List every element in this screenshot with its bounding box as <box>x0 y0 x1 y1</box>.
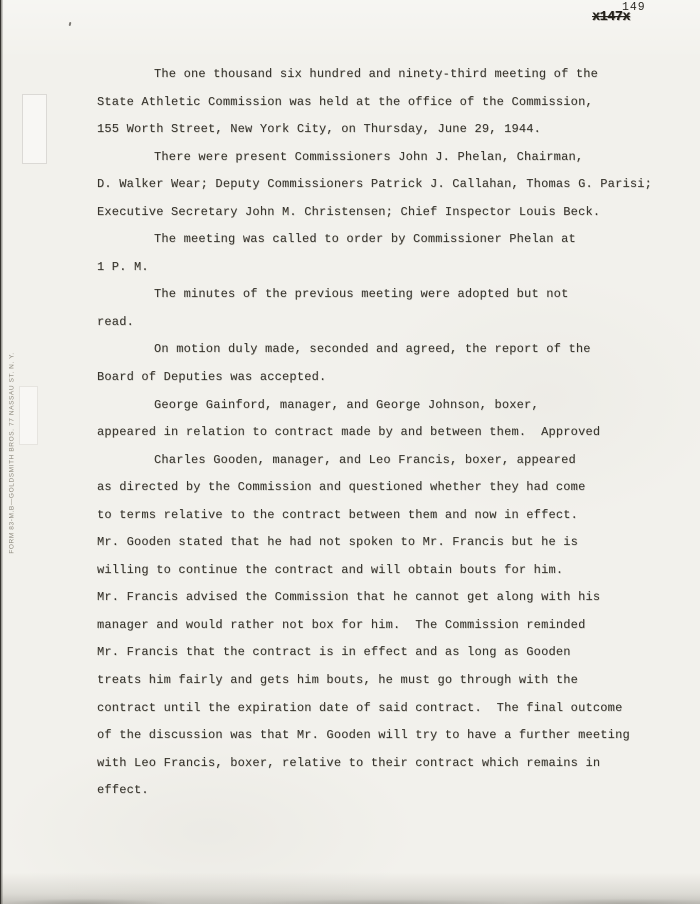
scanned-page: 149 x147x FORM 83-M.B—GOLDSMITH BROS. 77… <box>0 0 700 904</box>
typed-line: effect. <box>97 777 672 805</box>
scan-artifact-box-top <box>22 94 47 164</box>
typed-line: manager and would rather not box for him… <box>97 612 672 640</box>
typed-line: of the discussion was that Mr. Gooden wi… <box>97 722 672 750</box>
paragraph: The meeting was called to order by Commi… <box>97 226 672 281</box>
typed-line: treats him fairly and gets him bouts, he… <box>97 667 672 695</box>
typed-line: On motion duly made, seconded and agreed… <box>97 336 672 364</box>
paragraph: The one thousand six hundred and ninety-… <box>97 61 672 144</box>
scan-artifact-box-middle <box>19 386 38 445</box>
typed-line: Board of Deputies was accepted. <box>97 364 672 392</box>
typed-line: The one thousand six hundred and ninety-… <box>97 61 672 89</box>
printer-margin-note-text: FORM 83-M.B—GOLDSMITH BROS. 77 NASSAU ST… <box>9 352 16 553</box>
typed-line: Charles Gooden, manager, and Leo Francis… <box>97 447 672 475</box>
typed-line: Mr. Francis that the contract is in effe… <box>97 639 672 667</box>
typed-line: appeared in relation to contract made by… <box>97 419 672 447</box>
paragraph: Charles Gooden, manager, and Leo Francis… <box>97 447 672 805</box>
document-body: The one thousand six hundred and ninety-… <box>97 61 672 805</box>
typed-line: There were present Commissioners John J.… <box>97 144 672 172</box>
page-number-struck-out: x147x <box>592 10 630 25</box>
typed-line: George Gainford, manager, and George Joh… <box>97 392 672 420</box>
typed-line: 1 P. M. <box>97 254 672 282</box>
scan-bottom-edge <box>0 897 700 904</box>
typed-line: Mr. Francis advised the Commission that … <box>97 584 672 612</box>
typed-line: Mr. Gooden stated that he had not spoken… <box>97 529 672 557</box>
paragraph: George Gainford, manager, and George Joh… <box>97 392 672 447</box>
paragraph: The minutes of the previous meeting were… <box>97 281 672 336</box>
typed-line: State Athletic Commission was held at th… <box>97 89 672 117</box>
paragraph: There were present Commissioners John J.… <box>97 144 672 227</box>
typed-line: 155 Worth Street, New York City, on Thur… <box>97 116 672 144</box>
typed-line: The meeting was called to order by Commi… <box>97 226 672 254</box>
typed-line: Executive Secretary John M. Christensen;… <box>97 199 672 227</box>
typed-line: The minutes of the previous meeting were… <box>97 281 672 309</box>
typed-line: as directed by the Commission and questi… <box>97 474 672 502</box>
scan-ink-speck <box>69 22 72 26</box>
typed-line: willing to continue the contract and wil… <box>97 557 672 585</box>
typed-line: contract until the expiration date of sa… <box>97 695 672 723</box>
typed-line: to terms relative to the contract betwee… <box>97 502 672 530</box>
typed-line: read. <box>97 309 672 337</box>
scan-left-edge <box>0 0 3 904</box>
typed-line: D. Walker Wear; Deputy Commissioners Pat… <box>97 171 672 199</box>
paragraph: On motion duly made, seconded and agreed… <box>97 336 672 391</box>
typed-line: with Leo Francis, boxer, relative to the… <box>97 750 672 778</box>
